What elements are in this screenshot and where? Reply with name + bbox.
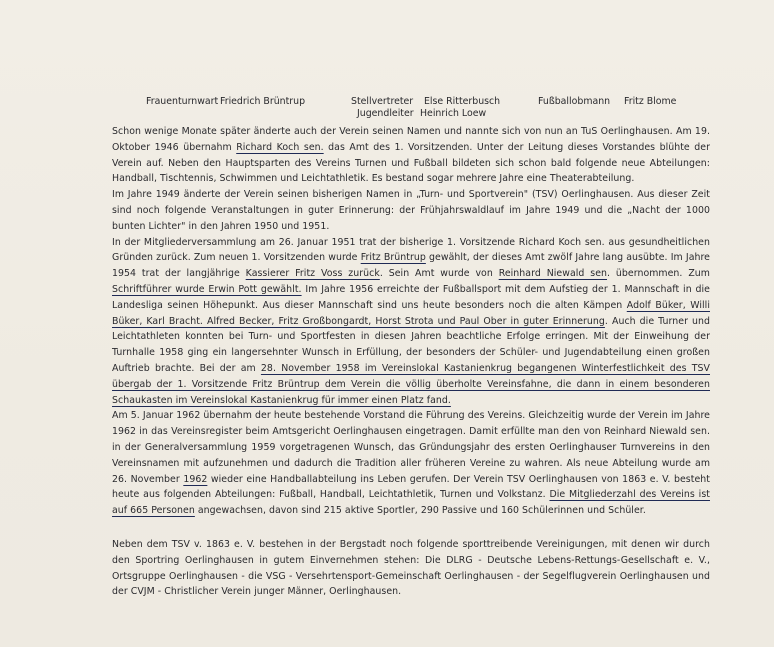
document-page: Frauenturnwart Friedrich Brüntrup Stellv… bbox=[0, 0, 774, 647]
board-roles: Frauenturnwart Friedrich Brüntrup Stellv… bbox=[146, 96, 706, 122]
underlined-text: Reinhard Niewald sen bbox=[499, 268, 607, 279]
role-name: Heinrich Loew bbox=[420, 108, 486, 120]
underlined-text: 1962 bbox=[183, 474, 207, 485]
underlined-text: Kassierer Fritz Voss zurück bbox=[246, 268, 380, 279]
role-title: Fußballobmann bbox=[538, 96, 610, 108]
text-segment: . Sein Amt wurde von bbox=[380, 268, 499, 279]
role-title: Stellvertreter bbox=[351, 96, 413, 108]
role-title: Frauenturnwart bbox=[146, 96, 218, 108]
text-segment: Im Jahre 1949 änderte der Verein seinen … bbox=[112, 189, 710, 232]
role-name: Friedrich Brüntrup bbox=[220, 96, 305, 108]
underlined-text: Richard Koch sen. bbox=[236, 142, 323, 153]
underlined-text: Fritz Brüntrup bbox=[361, 252, 426, 263]
role-name: Fritz Blome bbox=[624, 96, 676, 108]
paragraph: Im Jahre 1949 änderte der Verein seinen … bbox=[112, 187, 710, 234]
role-name: Else Ritterbusch bbox=[424, 96, 500, 108]
text-segment: . übernommen. Zum bbox=[607, 268, 710, 279]
paragraph: In der Mitgliederversammlung am 26. Janu… bbox=[112, 235, 710, 409]
role-title: Jugendleiter bbox=[357, 108, 414, 120]
paragraph: Schon wenige Monate später änderte auch … bbox=[112, 124, 710, 187]
document-body: Schon wenige Monate später änderte auch … bbox=[112, 124, 710, 600]
underlined-text: Schriftführer wurde Erwin Pott gewählt. bbox=[112, 284, 302, 295]
text-segment: angewachsen, davon sind 215 aktive Sport… bbox=[195, 505, 646, 516]
text-segment: Neben dem TSV v. 1863 e. V. bestehen in … bbox=[112, 539, 710, 597]
paragraph: Am 5. Januar 1962 übernahm der heute bes… bbox=[112, 408, 710, 519]
paragraph: Neben dem TSV v. 1863 e. V. bestehen in … bbox=[112, 537, 710, 600]
